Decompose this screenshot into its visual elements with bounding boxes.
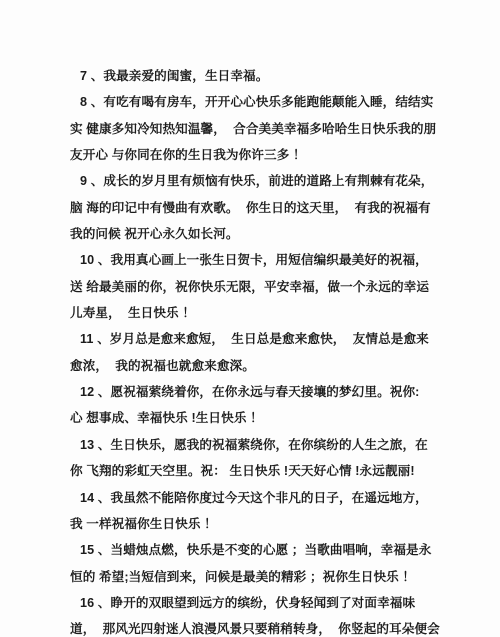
wish-item-10-line-2: 送 给最美丽的你，祝你快乐无限，平安幸福，做一个永远的幸运 [70, 274, 440, 300]
wish-item-9-line-2: 脑 海的印记中有慢曲有欢歌。 你生日的这天里， 有我的祝福有 [70, 195, 440, 221]
wish-item-9-line-1: 9 、成长的岁月里有烦恼有快乐，前进的道路上有荆棘有花朵， [70, 168, 440, 194]
wish-item-12-line-2: 心 想事成、幸福快乐 !生日快乐 ！ [70, 405, 440, 431]
wish-item-13-line-1: 13 、生日快乐，愿我的祝福萦绕你，在你缤纷的人生之旅，在 [70, 432, 440, 458]
wish-item-8-line-1: 8 、有吃有喝有房车，开开心心快乐多能跑能颠能入睡，结结实 [70, 89, 440, 115]
wish-item-10-line-3: 儿寿星， 生日快乐 ！ [70, 300, 440, 326]
wish-item-15-line-1: 15 、当蜡烛点燃，快乐是不变的心愿 ；当歌曲唱响，幸福是永 [70, 537, 440, 563]
wish-list: 7 、我最亲爱的闺蜜，生日幸福。8 、有吃有喝有房车，开开心心快乐多能跑能颠能入… [70, 63, 440, 637]
wish-item-11-line-2: 愈浓， 我的祝福也就愈来愈深。 [70, 353, 440, 379]
wish-item-11-line-1: 11 、岁月总是愈来愈短， 生日总是愈来愈快， 友情总是愈来 [70, 326, 440, 352]
wish-item-9-line-3: 我的问候 祝开心永久如长河。 [70, 221, 440, 247]
wish-item-10-line-1: 10 、我用真心画上一张生日贺卡，用短信编织最美好的祝福， [70, 247, 440, 273]
wish-item-14-line-2: 我 一样祝福你生日快乐 ！ [70, 511, 440, 537]
wish-item-8-line-3: 友开心 与你同在你的生日我为你许三多 ！ [70, 142, 440, 168]
wish-item-12-line-1: 12 、愿祝福萦绕着你，在你永远与春天接壤的梦幻里。祝你: [70, 379, 440, 405]
wish-item-16-line-2: 道， 那风光四射迷人浪漫风景只要稍稍转身， 你竖起的耳朵便会 [70, 616, 440, 637]
document-page: 7 、我最亲爱的闺蜜，生日幸福。8 、有吃有喝有房车，开开心心快乐多能跑能颠能入… [0, 0, 500, 637]
wish-item-14-line-1: 14 、我虽然不能陪你度过今天这个非凡的日子，在遥远地方， [70, 485, 440, 511]
wish-item-13-line-2: 你 飞翔的彩虹天空里。祝： 生日快乐 !天天好心情 !永远靓丽! [70, 458, 440, 484]
wish-item-8-line-2: 实 健康多知冷知热知温馨， 合合美美幸福多哈哈生日快乐我的朋 [70, 116, 440, 142]
wish-item-15-line-2: 恒的 希望;当短信到来，问候是最美的精彩 ；祝你生日快乐 ！ [70, 564, 440, 590]
wish-item-16-line-1: 16 、睁开的双眼望到远方的缤纷，伏身轻闻到了对面幸福味 [70, 590, 440, 616]
wish-item-7-line-1: 7 、我最亲爱的闺蜜，生日幸福。 [70, 63, 440, 89]
